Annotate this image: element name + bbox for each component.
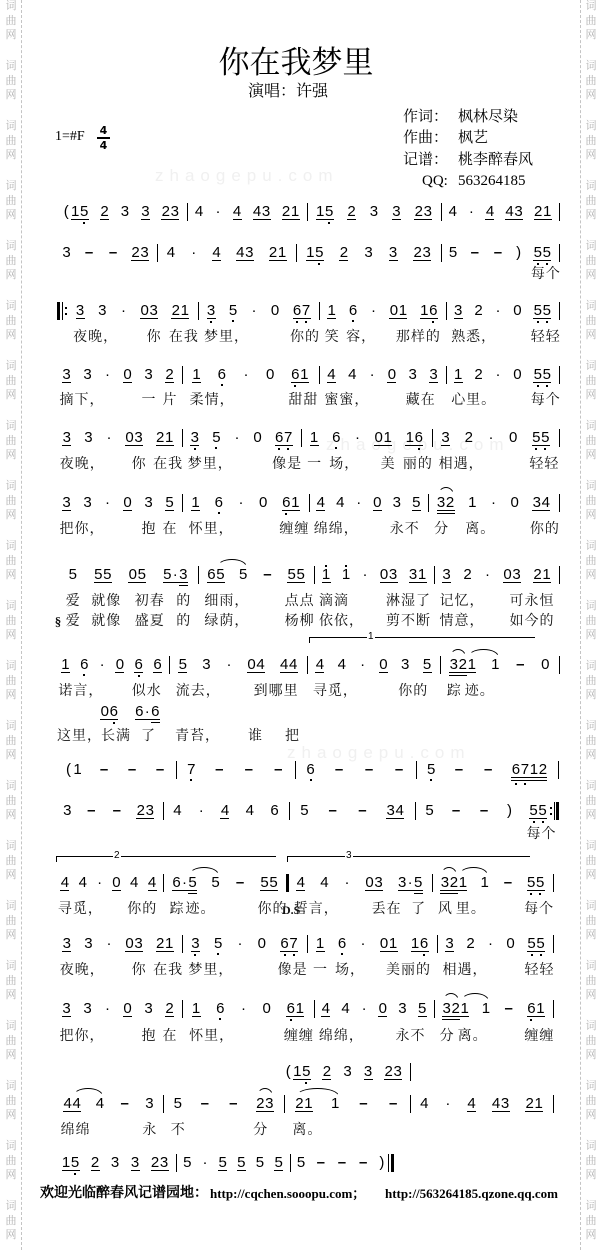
- note-glyph: 3: [63, 429, 71, 446]
- beam-underline: 0: [123, 367, 132, 383]
- barline: [416, 761, 417, 779]
- side-watermark-char: 词: [3, 540, 19, 553]
- score-line: 33·032135·06716·011632·055: [0, 430, 602, 446]
- beam-underline: 2: [347, 204, 356, 220]
- repeat-dot: [550, 807, 552, 809]
- note-glyph: ·: [202, 1154, 207, 1171]
- note: 4: [253, 204, 262, 220]
- beam-underline: 55: [533, 367, 551, 383]
- note-glyph: 3: [398, 1000, 406, 1017]
- note-group: ·: [236, 936, 243, 952]
- note: 2: [414, 204, 423, 220]
- augmentation-dot: ·: [201, 1155, 208, 1171]
- note: 1: [460, 1001, 469, 1017]
- note-glyph: 5: [297, 1154, 305, 1171]
- note-glyph: ·: [360, 656, 365, 673]
- lyric-syllable: 了: [141, 728, 156, 746]
- note-glyph: 0: [379, 1000, 387, 1017]
- note-glyph: 4: [297, 874, 305, 891]
- note-glyph: 7: [284, 429, 292, 446]
- note-glyph: 2: [466, 935, 474, 952]
- lyric-syllable: 摘下，: [60, 392, 105, 410]
- note-group: 15: [316, 204, 334, 220]
- note-glyph: 3: [146, 802, 154, 819]
- beam-underline: 06: [100, 704, 118, 720]
- side-watermark-char: 词: [583, 180, 599, 193]
- note: 1: [165, 936, 174, 952]
- note-glyph: 3: [374, 874, 382, 891]
- note: 4: [166, 245, 175, 261]
- note-run: 4: [348, 367, 357, 383]
- beam-underline: 23: [131, 245, 149, 261]
- note-run: –: [357, 1096, 369, 1112]
- note: 4: [541, 495, 550, 511]
- augmentation-dot: ·: [237, 495, 244, 511]
- note-run: –: [126, 762, 138, 778]
- lyric-text: 每个: [531, 393, 561, 408]
- lyric-syllable: 流去，: [176, 683, 221, 701]
- beam-underline: 4: [327, 367, 336, 383]
- note-glyph: 6: [512, 761, 520, 778]
- measure: 16·0116: [309, 936, 435, 952]
- note-glyph: 4: [79, 874, 87, 891]
- volta-bracket: [56, 856, 276, 862]
- lyric-syllable: 你: [147, 329, 162, 347]
- note: 3: [423, 204, 432, 220]
- lyric-syllable: 离。: [292, 1122, 322, 1140]
- note-group: 34: [532, 495, 550, 511]
- note: 2: [474, 367, 483, 383]
- measure: 16·0116: [303, 430, 430, 446]
- lyric-text: 摘下，: [60, 393, 105, 408]
- note-glyph: –: [113, 802, 121, 819]
- lyric-syllable: 了: [411, 901, 426, 919]
- beam-underline: 3: [76, 303, 85, 319]
- note: 5: [237, 1155, 246, 1171]
- note-glyph: 1: [304, 1095, 312, 1112]
- note-run: –: [482, 762, 494, 778]
- credit-label: 作词：: [403, 109, 458, 126]
- lyric-syllable: 在我: [153, 962, 183, 980]
- measure: 12·055: [448, 367, 557, 383]
- note: 1: [480, 875, 489, 891]
- note-glyph: ·: [363, 566, 368, 583]
- note-group: 5: [218, 1155, 227, 1171]
- credit-label: 记谱：: [403, 152, 458, 169]
- beam-underline: 5·3: [163, 567, 188, 583]
- note-run: 0: [262, 1001, 271, 1017]
- note-glyph: 5: [414, 874, 422, 891]
- augmentation-dot: ·: [233, 430, 240, 446]
- note-glyph: –: [335, 761, 343, 778]
- score-line: 15233235·55555–––): [0, 1155, 602, 1171]
- note: 4: [280, 657, 289, 673]
- note-glyph: 5: [237, 1154, 245, 1171]
- note-run: –: [336, 1155, 348, 1171]
- note: 5: [212, 430, 221, 446]
- note-glyph: 1: [418, 566, 426, 583]
- lyric-text: 盛夏: [135, 614, 165, 629]
- lyric-text: 怀里，: [189, 522, 234, 537]
- note-glyph: 0: [510, 494, 518, 511]
- note-glyph: 6: [153, 656, 161, 673]
- note-group: 23: [413, 245, 431, 261]
- note-glyph: 5: [325, 203, 333, 220]
- score-line: 444–35––23211––4·44321: [0, 1096, 602, 1112]
- beam-underline: 1: [192, 1001, 201, 1017]
- lyric-text: 相遇，: [439, 457, 484, 472]
- note: 5: [211, 875, 220, 891]
- low-octave-dot: [539, 893, 541, 895]
- score-line: (15233234·4432115233234·44321: [0, 204, 602, 220]
- note-glyph: –: [236, 874, 244, 891]
- low-octave-dot: [190, 779, 192, 781]
- note: 7: [302, 303, 311, 319]
- barline: [309, 494, 310, 512]
- note-glyph: 2: [533, 566, 541, 583]
- low-octave-dot: [194, 954, 196, 956]
- note-run: –: [83, 245, 95, 261]
- lyric-text: 把你，: [60, 1029, 105, 1044]
- note-glyph: –: [452, 802, 460, 819]
- note-group: 1: [331, 1096, 340, 1112]
- note-group: 21: [295, 1096, 313, 1112]
- lyric-text: 一: [307, 457, 322, 472]
- barline: [307, 203, 308, 221]
- note-group: ·: [251, 303, 258, 319]
- note: 5: [412, 495, 421, 511]
- note-group: (15: [286, 1064, 311, 1080]
- lyric-syllable: 永不: [390, 521, 420, 539]
- measure: 35·067: [200, 303, 317, 319]
- side-watermark-char: 曲: [3, 135, 19, 148]
- beam-underline: 4: [220, 803, 229, 819]
- lyric-text: 迹。: [186, 902, 216, 917]
- note-glyph: 4: [221, 802, 229, 819]
- lyric-syllable: 丽的: [403, 456, 433, 474]
- note-glyph: 3: [445, 935, 453, 952]
- note: 5: [218, 1155, 227, 1171]
- note-run: ·: [240, 1001, 247, 1017]
- slur-arc: [438, 487, 454, 495]
- note-group: 6712: [511, 762, 547, 778]
- note: 3: [145, 1096, 154, 1112]
- augmentation-dot: ·: [487, 936, 494, 952]
- note-glyph: 3: [389, 566, 397, 583]
- note-glyph: 4: [492, 1095, 500, 1112]
- lyric-syllable: 你的: [127, 901, 157, 919]
- score-line: (1523323: [0, 1064, 602, 1080]
- beam-underline: 03: [125, 936, 143, 952]
- note: 5: [542, 367, 551, 383]
- beam-underline: 3: [62, 430, 71, 446]
- note-run: ·: [251, 303, 258, 319]
- note-group: –: [492, 245, 504, 261]
- note-group: –: [363, 762, 375, 778]
- note: 5: [188, 875, 197, 891]
- lyric-syllable: 丢在: [372, 901, 402, 919]
- lyric-syllable: 你的: [530, 521, 560, 539]
- measure: 4·44321: [189, 204, 305, 220]
- note-group: 0: [510, 495, 519, 511]
- note: 2: [339, 245, 348, 261]
- lyric-text: 就像: [91, 614, 121, 629]
- lyric-syllable: 风: [438, 901, 453, 919]
- note-group: 3: [145, 1096, 154, 1112]
- beam-underline: 01: [389, 303, 407, 319]
- measure: 33·0321: [69, 303, 196, 319]
- lyric-text: 青苔，: [175, 729, 220, 744]
- note-glyph: 2: [282, 203, 290, 220]
- note-run: –: [315, 1155, 327, 1171]
- note-glyph: 1: [165, 429, 173, 446]
- note-glyph: 6: [287, 1000, 295, 1017]
- note-glyph: ·: [238, 494, 243, 511]
- note-run: ): [378, 1155, 385, 1171]
- note-run: ·: [237, 495, 244, 511]
- beam-underline: 1: [322, 567, 331, 583]
- beam-underline: 3: [441, 430, 450, 446]
- lyric-text: 你的: [530, 522, 560, 537]
- note: 4: [72, 1096, 81, 1112]
- lyric-syllable: 场，: [335, 962, 365, 980]
- side-watermark-char: 网: [3, 149, 19, 162]
- lyric-syllable: 蜜蜜，: [324, 392, 369, 410]
- note-glyph: 2: [385, 1063, 393, 1080]
- note-group: 21: [269, 245, 287, 261]
- note-group: ·: [494, 303, 501, 319]
- note-glyph: 0: [247, 656, 255, 673]
- performer: 演唱：许强: [188, 83, 388, 101]
- note-glyph: 4: [173, 802, 181, 819]
- note-group: 55: [532, 430, 550, 446]
- note-glyph: 1: [293, 1063, 301, 1080]
- note-glyph: 0: [123, 494, 131, 511]
- note-glyph: 1: [300, 366, 308, 383]
- lyric-syllable: 绵绵，: [314, 521, 359, 539]
- note-run: 4: [420, 1096, 429, 1112]
- low-octave-dot: [218, 512, 220, 514]
- note-group: –: [514, 657, 526, 673]
- low-octave-dot: [194, 448, 196, 450]
- note-glyph: 4: [253, 203, 261, 220]
- note-glyph: 1: [406, 429, 414, 446]
- note-glyph: 1: [165, 935, 173, 952]
- note-glyph: 2: [451, 1000, 459, 1017]
- song-title: 你在我梦里: [0, 45, 592, 81]
- beam-underline: 3: [62, 367, 71, 383]
- note-glyph: –: [245, 761, 253, 778]
- beam-underline: 23: [413, 245, 431, 261]
- note-glyph: 5: [543, 244, 551, 261]
- lyric-text: 丽的: [403, 457, 433, 472]
- parenthesis: ): [378, 1155, 385, 1171]
- note-glyph: 5: [256, 1154, 264, 1171]
- note-glyph: 4: [395, 802, 403, 819]
- lyric-text: 梦里，: [188, 963, 233, 978]
- lyric-text: 抱: [142, 1029, 157, 1044]
- note: 4: [321, 1001, 330, 1017]
- note-group: 3: [442, 567, 451, 583]
- note-run: 3: [408, 367, 417, 383]
- barline: [198, 302, 199, 320]
- note-run: ·: [236, 936, 243, 952]
- note-glyph: 3: [84, 935, 92, 952]
- note-glyph: 0: [253, 429, 261, 446]
- note-group: ·: [104, 1001, 111, 1017]
- lyric-syllable: 抱: [142, 521, 157, 539]
- note: 1: [180, 303, 189, 319]
- augmentation-dot: ·: [354, 430, 361, 446]
- note-glyph: 1: [468, 494, 476, 511]
- note-run: 1: [491, 657, 500, 673]
- note-run: ·: [201, 1155, 208, 1171]
- low-octave-dot: [305, 1082, 307, 1084]
- sustain-dash: –: [503, 1001, 515, 1017]
- note-run: –: [154, 762, 166, 778]
- note-glyph: ·: [445, 1095, 450, 1112]
- lyric-text: 缠缠: [524, 1029, 554, 1044]
- note: 1: [293, 1064, 302, 1080]
- note-glyph: 0: [266, 366, 274, 383]
- side-watermark-char: 曲: [583, 555, 599, 568]
- note-group: 0: [262, 1001, 271, 1017]
- slur-arc: [443, 993, 459, 1001]
- note-glyph: ·: [361, 935, 366, 952]
- note-run: –: [492, 245, 504, 261]
- note-glyph: 7: [187, 761, 195, 778]
- note-run: 2: [474, 367, 483, 383]
- note: 2: [165, 1001, 174, 1017]
- note-glyph: 1: [71, 203, 79, 220]
- beam-underline: 1: [316, 936, 325, 952]
- note: 1: [316, 204, 325, 220]
- sustain-dash: –: [453, 762, 465, 778]
- beam-underline: 321: [442, 1001, 469, 1017]
- credit-lyricist: 作词：枫林尽染: [403, 109, 518, 126]
- lyric-text: 似水: [132, 684, 162, 699]
- note: 4: [233, 204, 242, 220]
- note-group: 01: [389, 303, 407, 319]
- note: 3: [449, 657, 458, 673]
- beam-underline: 15: [62, 1155, 80, 1171]
- note-run: 6: [80, 657, 89, 673]
- lyric-syllable: 柔情，: [190, 392, 235, 410]
- beam-underline: 3: [191, 936, 200, 952]
- lyric-text: 梦里，: [188, 457, 233, 472]
- measure: 33·032: [56, 367, 180, 383]
- note-glyph: 3: [62, 494, 70, 511]
- note-group: 0: [266, 367, 275, 383]
- rest: 0: [140, 303, 149, 319]
- lyric-syllable: 像是: [272, 456, 302, 474]
- lyric-syllable: 一: [142, 392, 157, 410]
- note-glyph: 5: [536, 874, 544, 891]
- note-run: 4: [245, 803, 254, 819]
- note: 4: [320, 875, 329, 891]
- lyric-line: 诺言，似水流去，到哪里寻觅，你的踪迹。: [0, 683, 602, 701]
- note-group: 34: [386, 803, 404, 819]
- note-glyph: 4: [316, 656, 324, 673]
- lyric-syllable: 梦里，: [188, 962, 233, 980]
- rest: 0: [378, 1001, 387, 1017]
- beam-underline: 04: [247, 657, 265, 673]
- note-glyph: 0: [373, 494, 381, 511]
- note-run: 1: [73, 762, 82, 778]
- barline: [553, 1000, 554, 1018]
- note-group: 1: [454, 367, 463, 383]
- note-glyph: 6: [306, 761, 314, 778]
- note: 2: [466, 936, 475, 952]
- rest: 0: [128, 567, 137, 583]
- note-run: 4: [341, 1001, 350, 1017]
- lyric-text: 踪: [447, 684, 462, 699]
- note-glyph: 5: [260, 874, 268, 891]
- beam-underline: 3: [190, 430, 199, 446]
- note-run: –: [393, 762, 405, 778]
- beam-underline: 6: [153, 657, 162, 673]
- note-glyph: 2: [465, 429, 473, 446]
- slur-arc: [450, 649, 466, 657]
- note-group: 2: [165, 367, 174, 383]
- note-glyph: 5: [218, 1154, 226, 1171]
- sustain-dash: –: [492, 245, 504, 261]
- note-run: –: [227, 1096, 239, 1112]
- rest: 0: [387, 367, 396, 383]
- beam-underline: 55: [533, 245, 551, 261]
- note: 5: [536, 936, 545, 952]
- time-signature: 4 4: [97, 125, 110, 151]
- note-group: ·: [354, 430, 361, 446]
- measure: 33·0321: [56, 936, 180, 952]
- time-signature-bottom: 4: [97, 140, 110, 151]
- note-run: 0: [541, 657, 550, 673]
- sustain-dash: –: [450, 803, 462, 819]
- note-glyph: 4: [486, 203, 494, 220]
- beam-underline: 3: [62, 495, 71, 511]
- low-octave-dot: [418, 448, 420, 450]
- note-glyph: 3: [121, 203, 129, 220]
- note-glyph: 6: [151, 703, 159, 720]
- note-glyph: 6: [291, 366, 299, 383]
- note-glyph: 1: [454, 366, 462, 383]
- note-glyph: 0: [513, 366, 521, 383]
- note-run: 4: [166, 245, 175, 261]
- note-group: 2: [464, 430, 473, 446]
- lyric-syllable: §爱: [66, 613, 81, 631]
- note: 2: [413, 245, 422, 261]
- measure: 16·0116: [321, 303, 444, 319]
- rest: 0: [123, 367, 132, 383]
- note-run: 1: [342, 567, 351, 583]
- lyric-syllable: 甜甜: [288, 392, 318, 410]
- note-group: 4: [341, 1001, 350, 1017]
- note: 1: [322, 567, 331, 583]
- lyric-syllable: 怀里，: [189, 521, 234, 539]
- barline: [437, 935, 438, 953]
- note-glyph: 5: [179, 656, 187, 673]
- measure: 35·067: [184, 936, 305, 952]
- note: 5: [425, 803, 434, 819]
- note-group: –: [199, 1096, 211, 1112]
- low-octave-dot: [83, 674, 85, 676]
- note-group: –: [469, 245, 481, 261]
- lyric-syllable: 熟悉，: [451, 329, 496, 347]
- note: 1: [62, 1155, 71, 1171]
- note: 5: [533, 245, 542, 261]
- note-glyph: 1: [420, 302, 428, 319]
- note-glyph: 2: [347, 203, 355, 220]
